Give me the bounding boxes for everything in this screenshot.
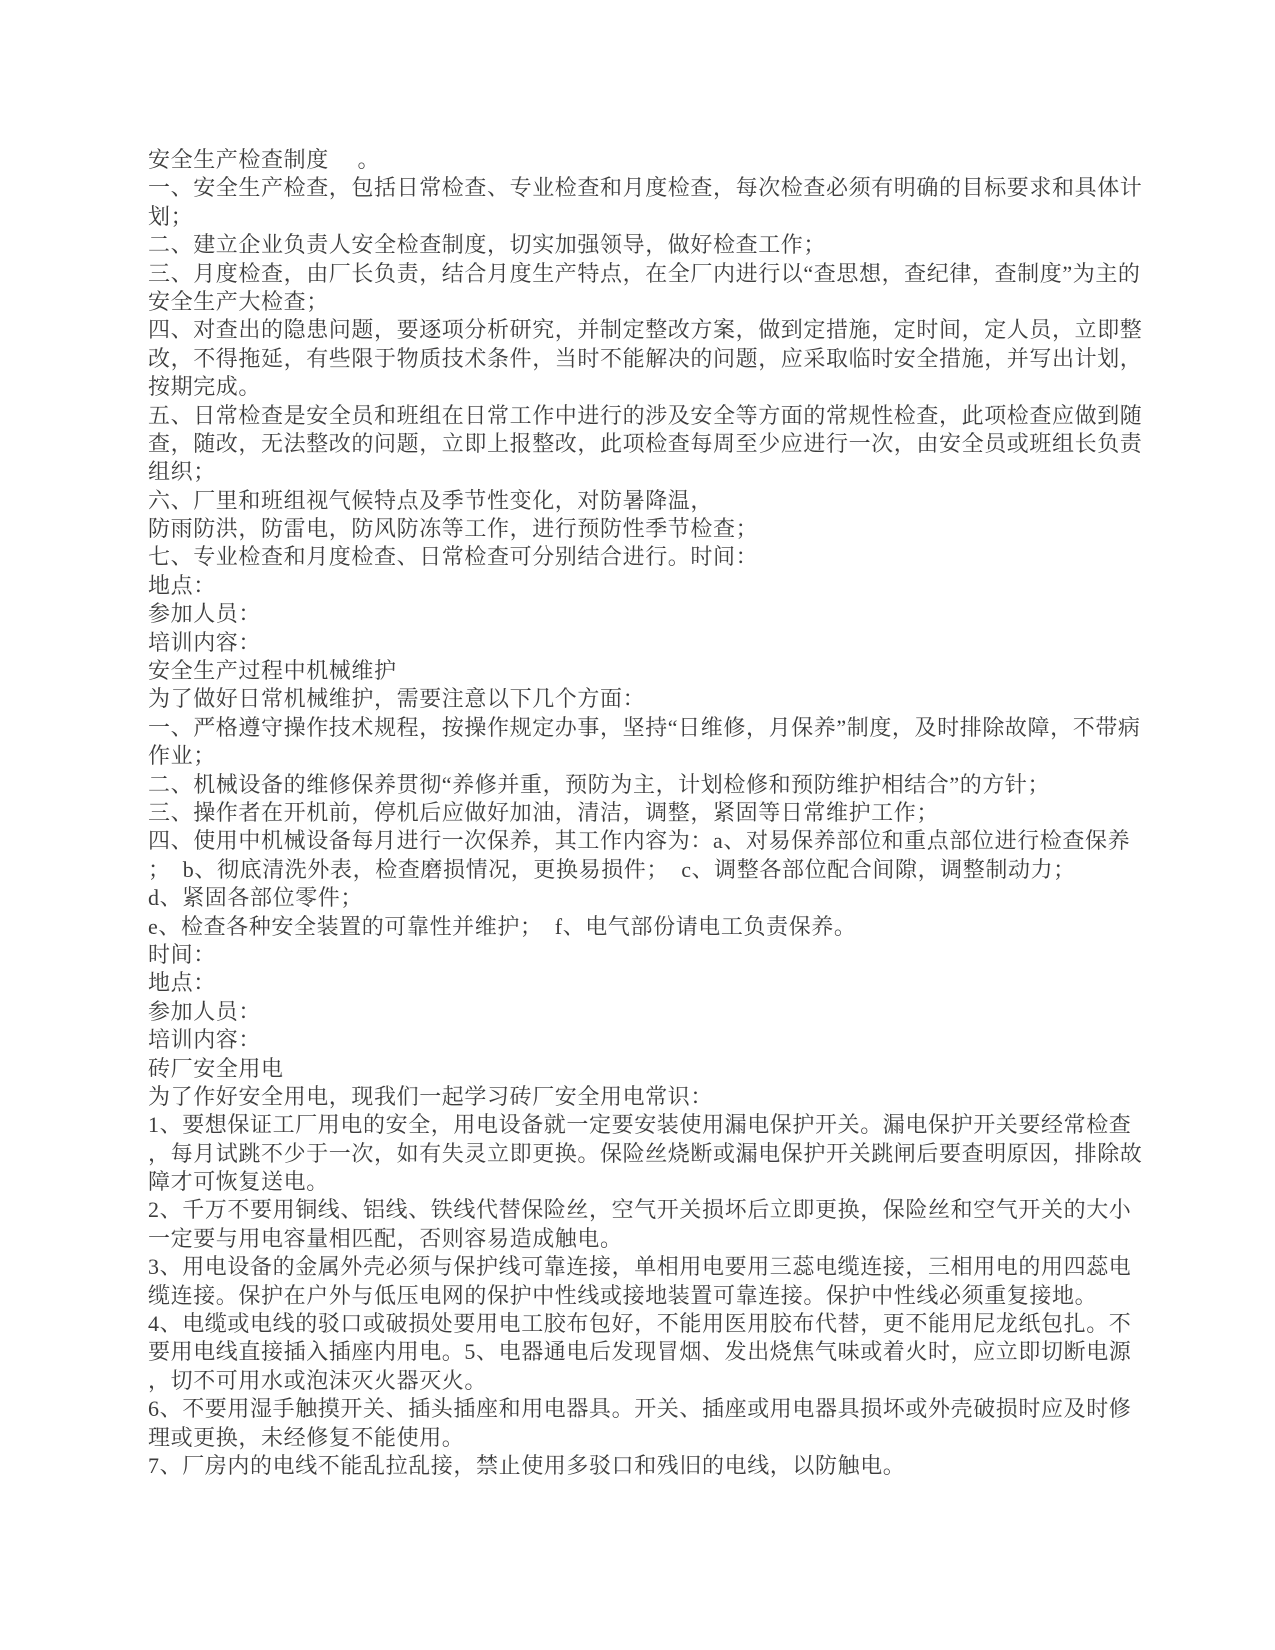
text-line: 地点： (148, 572, 1168, 600)
text-line: 安全生产检查制度 。 (148, 146, 1168, 174)
text-line: 组织； (148, 458, 1168, 486)
text-line: 三、操作者在开机前，停机后应做好加油，清洁，调整，紧固等日常维护工作； (148, 799, 1168, 827)
text-line: 培训内容： (148, 629, 1168, 657)
text-line: 砖厂安全用电 (148, 1055, 1168, 1083)
text-line: 四、使用中机械设备每月进行一次保养，其工作内容为：a、对易保养部位和重点部位进行… (148, 827, 1168, 855)
text-line: 为了作好安全用电，现我们一起学习砖厂安全用电常识： (148, 1083, 1168, 1111)
text-line: 为了做好日常机械维护，需要注意以下几个方面： (148, 685, 1168, 713)
text-line: 障才可恢复送电。 (148, 1168, 1168, 1196)
text-line: 1、要想保证工厂用电的安全，用电设备就一定要安装使用漏电保护开关。漏电保护开关要… (148, 1111, 1168, 1139)
text-line: ，每月试跳不少于一次，如有失灵立即更换。保险丝烧断或漏电保护开关跳闸后要查明原因… (148, 1140, 1168, 1168)
text-line: 培训内容： (148, 1026, 1168, 1054)
text-line: 作业； (148, 742, 1168, 770)
text-line: 三、月度检查，由厂长负责，结合月度生产特点，在全厂内进行以“查思想，查纪律，查制… (148, 260, 1168, 288)
document-page: 安全生产检查制度 。一、安全生产检查，包括日常检查、专业检查和月度检查，每次检查… (0, 0, 1275, 1650)
text-line: 五、日常检查是安全员和班组在日常工作中进行的涉及安全等方面的常规性检查，此项检查… (148, 402, 1168, 430)
text-line: 一、严格遵守操作技术规程，按操作规定办事，坚持“日维修，月保养”制度，及时排除故… (148, 714, 1168, 742)
text-line: 地点： (148, 969, 1168, 997)
text-line: 一、安全生产检查，包括日常检查、专业检查和月度检查，每次检查必须有明确的目标要求… (148, 174, 1168, 202)
text-line: 六、厂里和班组视气候特点及季节性变化，对防暑降温， (148, 487, 1168, 515)
text-line: 二、建立企业负责人安全检查制度，切实加强领导，做好检查工作； (148, 231, 1168, 259)
text-line: 按期完成。 (148, 373, 1168, 401)
text-line: 理或更换，未经修复不能使用。 (148, 1424, 1168, 1452)
text-line: 缆连接。保护在户外与低压电网的保护中性线或接地装置可靠连接。保护中性线必须重复接… (148, 1282, 1168, 1310)
text-line: 参加人员： (148, 600, 1168, 628)
text-line: 3、用电设备的金属外壳必须与保护线可靠连接，单相用电要用三蕊电缆连接，三相用电的… (148, 1253, 1168, 1281)
text-line: ，切不可用水或泡沫灭火器灭火。 (148, 1367, 1168, 1395)
text-line: d、紧固各部位零件； (148, 884, 1168, 912)
text-line: 划； (148, 203, 1168, 231)
text-line: 四、对查出的隐患问题，要逐项分析研究，并制定整改方案，做到定措施，定时间，定人员… (148, 316, 1168, 344)
text-line: 二、机械设备的维修保养贯彻“养修并重，预防为主，计划检修和预防维护相结合”的方针… (148, 771, 1168, 799)
text-line: 6、不要用湿手触摸开关、插头插座和用电器具。开关、插座或用电器具损坏或外壳破损时… (148, 1395, 1168, 1423)
text-line: 安全生产大检查； (148, 288, 1168, 316)
text-line: 七、专业检查和月度检查、日常检查可分别结合进行。时间： (148, 543, 1168, 571)
document-body: 安全生产检查制度 。一、安全生产检查，包括日常检查、专业检查和月度检查，每次检查… (148, 146, 1168, 1480)
text-line: 一定要与用电容量相匹配，否则容易造成触电。 (148, 1225, 1168, 1253)
text-line: ； b、彻底清洗外表，检查磨损情况，更换易损件； c、调整各部位配合间隙，调整制… (148, 856, 1168, 884)
text-line: 时间： (148, 941, 1168, 969)
text-line: 安全生产过程中机械维护 (148, 657, 1168, 685)
text-line: e、检查各种安全装置的可靠性并维护； f、电气部份请电工负责保养。 (148, 913, 1168, 941)
text-line: 参加人员： (148, 998, 1168, 1026)
text-line: 4、电缆或电线的驳口或破损处要用电工胶布包好，不能用医用胶布代替，更不能用尼龙纸… (148, 1310, 1168, 1338)
text-line: 改，不得拖延，有些限于物质技术条件，当时不能解决的问题，应采取临时安全措施，并写… (148, 345, 1168, 373)
text-line: 防雨防洪，防雷电，防风防冻等工作，进行预防性季节检查； (148, 515, 1168, 543)
text-line: 7、厂房内的电线不能乱拉乱接，禁止使用多驳口和残旧的电线，以防触电。 (148, 1452, 1168, 1480)
text-line: 2、千万不要用铜线、铝线、铁线代替保险丝，空气开关损坏后立即更换，保险丝和空气开… (148, 1196, 1168, 1224)
text-line: 查，随改，无法整改的问题，立即上报整改，此项检查每周至少应进行一次，由安全员或班… (148, 430, 1168, 458)
text-line: 要用电线直接插入插座内用电。5、电器通电后发现冒烟、发出烧焦气味或着火时，应立即… (148, 1338, 1168, 1366)
